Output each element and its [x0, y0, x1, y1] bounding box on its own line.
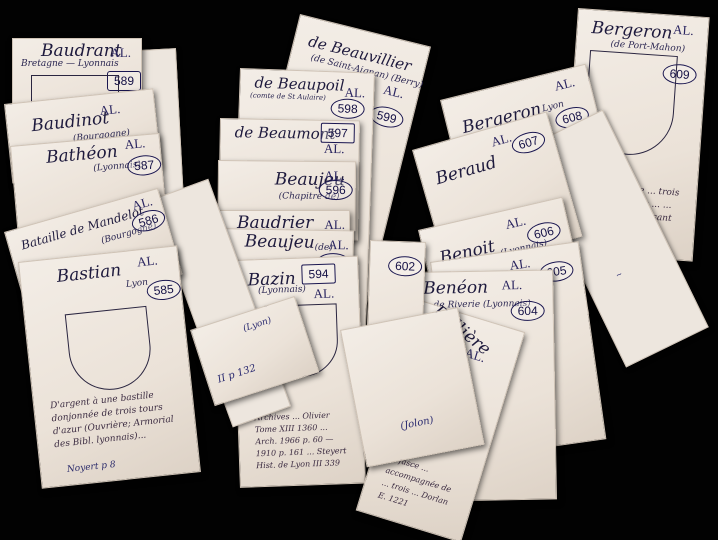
card-number: 607: [509, 128, 547, 157]
card-al: AL.: [504, 213, 528, 233]
card-notes: Archives ... Olivier Tome XIII 1360 ... …: [254, 409, 350, 472]
card-al: AL.: [673, 22, 695, 39]
card-number: 587: [126, 154, 162, 177]
card-al: AL.: [328, 237, 349, 253]
card-number: 597: [321, 123, 355, 144]
card-region: (comte de St Aulaire): [250, 91, 326, 102]
card-name: Beraud: [433, 153, 499, 189]
card-spread: Bergeron AL. (de Port-Mahon) 609 La fasc…: [0, 0, 718, 540]
card-al: AL.: [502, 277, 523, 293]
card-al: AL.: [489, 129, 513, 150]
card-al: AL.: [324, 141, 345, 157]
note-text: (Jolon): [400, 415, 435, 432]
card-signature: Noyert p 8: [66, 460, 116, 475]
card-number: 604: [510, 301, 544, 322]
card-number: 594: [301, 263, 336, 284]
card-number: 602: [388, 256, 423, 277]
card-al: AL.: [136, 252, 158, 270]
card-name: Bastian: [56, 260, 122, 287]
card-al: AL.: [99, 101, 121, 119]
coat-of-arms-castle-icon: [65, 306, 155, 394]
note-text: (Lyon): [242, 316, 273, 335]
card-region: Lyon: [125, 278, 148, 290]
card-name: Bergeron: [591, 18, 673, 44]
card-number: 596: [319, 180, 353, 200]
card-number: 585: [146, 278, 182, 301]
card-region: Bretagne — Lyonnais: [21, 59, 119, 69]
card-585: Bastian AL. Lyon 585 D'argent à une bast…: [18, 245, 201, 488]
card-al: AL.: [553, 74, 577, 95]
card-al: AL.: [313, 285, 334, 302]
card-name: Benéon: [423, 278, 488, 299]
card-al: AL.: [124, 135, 146, 153]
note-text: II p 132: [216, 363, 257, 386]
card-notes: D'argent à une bastille donjonnée de tro…: [50, 387, 183, 452]
card-name: Beaujeu: [245, 232, 315, 253]
card-number: 598: [330, 98, 365, 119]
card-region: (Lyonnais): [258, 284, 306, 296]
